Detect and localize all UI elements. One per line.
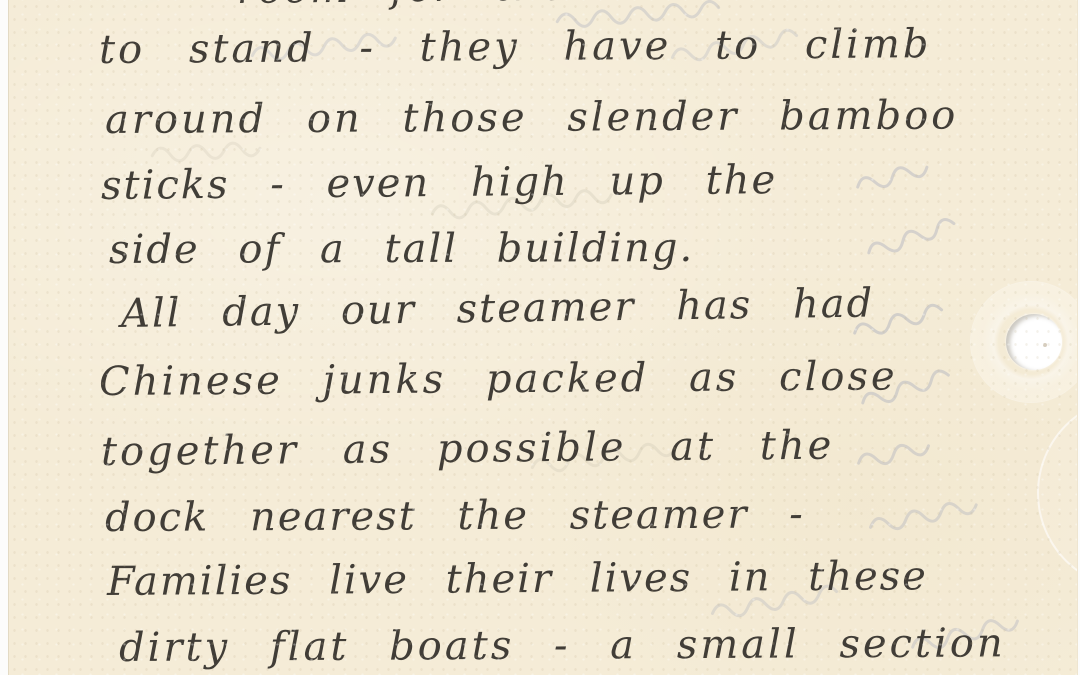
handwriting-line-top-clipped: room for the builders bbox=[237, 0, 790, 16]
handwriting-line: to stand - they have to climb bbox=[99, 18, 932, 76]
handwriting-line: around on those slender bamboo bbox=[105, 90, 959, 146]
handwriting-line: All day our steamer has had bbox=[121, 277, 875, 340]
punched-hole bbox=[1006, 314, 1062, 370]
handwriting-line: Families live their lives in these bbox=[107, 550, 928, 608]
paper-speck bbox=[1043, 343, 1047, 347]
handwriting-line-bottom-clipped: dirty flat boats - a small section bbox=[119, 617, 1006, 674]
handwriting-line: Chinese junks packed as close bbox=[99, 350, 898, 408]
handwriting-line: side of a tall building. bbox=[109, 222, 694, 276]
scanned-letter-screenshot: room for the builders to stand - they ha… bbox=[0, 0, 1080, 675]
bleedthrough-mark bbox=[852, 423, 960, 474]
bleedthrough-mark bbox=[861, 203, 973, 263]
bleedthrough-mark bbox=[850, 145, 953, 198]
handwriting-line: sticks - even high up the bbox=[101, 154, 778, 212]
letter-page: room for the builders to stand - they ha… bbox=[8, 0, 1078, 675]
handwriting-line: dock nearest the steamer - bbox=[105, 488, 805, 544]
partial-ring-at-edge bbox=[1037, 396, 1078, 590]
handwriting-line: together as possible at the bbox=[101, 420, 835, 478]
bleedthrough-mark bbox=[864, 486, 992, 537]
